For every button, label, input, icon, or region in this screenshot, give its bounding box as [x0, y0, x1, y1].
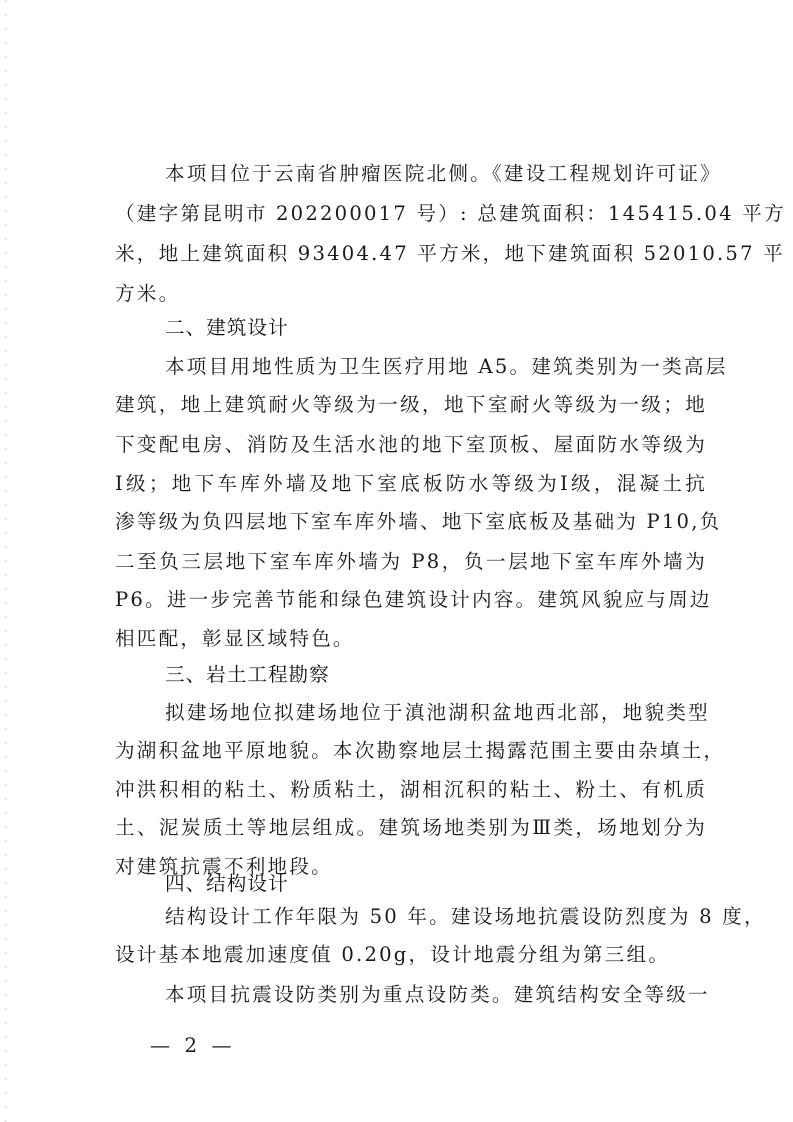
architecture-line-8: 相匹配，彰显区域特色。	[115, 627, 707, 651]
intro-line-3: 米，地上建筑面积 93404.47 平方米，地下建筑面积 52010.57 平	[115, 242, 707, 266]
section-heading-structure: 四、结构设计	[165, 872, 289, 896]
geotechnical-line-4: 土、泥炭质土等地层组成。建筑场地类别为Ⅲ类，场地划分为	[115, 816, 707, 840]
intro-line-4: 方米。	[115, 282, 707, 306]
scan-binding-edge	[4, 0, 7, 1122]
section-heading-geotechnical: 三、岩土工程勘察	[165, 663, 330, 687]
structure-line-1: 结构设计工作年限为 50 年。建设场地抗震设防烈度为 8 度，	[165, 905, 707, 929]
section-heading-architecture: 二、建筑设计	[165, 316, 289, 340]
geotechnical-line-2: 为湖积盆地平原地貌。本次勘察地层土揭露范围主要由杂填土，	[115, 739, 707, 763]
intro-line-1: 本项目位于云南省肿瘤医院北侧。《建设工程规划许可证》	[165, 162, 707, 186]
structure-line-2: 设计基本地震加速度值 0.20g，设计地震分组为第三组。	[115, 943, 707, 967]
page-number: — 2 —	[150, 1033, 235, 1057]
intro-line-2: （建字第昆明市 202200017 号）: 总建筑面积：145415.04 平方	[115, 202, 707, 226]
architecture-line-7: P6。进一步完善节能和绿色建筑设计内容。建筑风貌应与周边	[115, 588, 707, 612]
geotechnical-line-3: 冲洪积相的粘土、粉质粘土，湖相沉积的粘土、粉土、有机质	[115, 778, 707, 802]
document-page: 本项目位于云南省肿瘤医院北侧。《建设工程规划许可证》 （建字第昆明市 20220…	[0, 0, 793, 1122]
structure-line-3: 本项目抗震设防类别为重点设防类。建筑结构安全等级一	[165, 983, 707, 1007]
geotechnical-line-1: 拟建场地位拟建场地位于滇池湖积盆地西北部，地貌类型	[165, 701, 707, 725]
architecture-line-4: Ⅰ级；地下车库外墙及地下室底板防水等级为Ⅰ级，混凝土抗	[115, 472, 707, 496]
architecture-line-2: 建筑，地上建筑耐火等级为一级，地下室耐火等级为一级；地	[115, 393, 707, 417]
architecture-line-1: 本项目用地性质为卫生医疗用地 A5。建筑类别为一类高层	[165, 355, 707, 379]
architecture-line-3: 下变配电房、消防及生活水池的地下室顶板、屋面防水等级为	[115, 433, 707, 457]
architecture-line-6: 二至负三层地下室车库外墙为 P8，负一层地下室车库外墙为	[115, 550, 707, 574]
architecture-line-5: 渗等级为负四层地下室车库外墙、地下室底板及基础为 P10,负	[115, 510, 707, 534]
